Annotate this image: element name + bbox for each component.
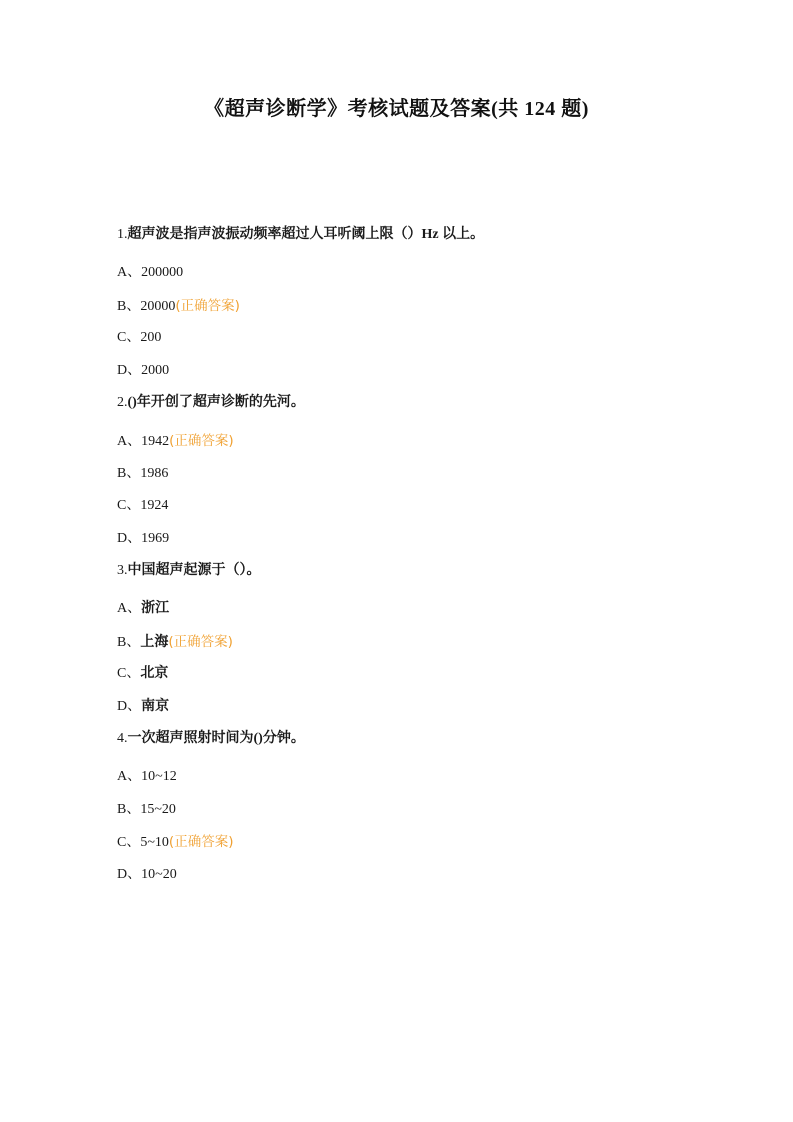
option-letter: B、 [117,802,140,817]
correct-answer-tag: (正确答案) [169,834,234,850]
option-letter: A、 [117,265,141,280]
question-number: 1. [117,227,128,242]
option-a: A、10~12 [117,767,717,787]
correct-answer-tag: (正确答案) [168,634,233,650]
option-letter: A、 [117,601,141,616]
option-b: B、1986 [117,464,717,484]
option-text: 200000 [141,265,183,280]
question-stem: 2.()年开创了超声诊断的先河。 [117,393,717,413]
option-a: A、1942(正确答案) [117,431,717,451]
option-letter: C、 [117,835,140,850]
question-text: 中国超声起源于（）。 [128,563,261,578]
correct-answer-tag: (正确答案) [175,298,240,314]
option-text: 10~20 [141,867,177,882]
option-text: 南京 [141,699,169,714]
option-letter: D、 [117,867,141,882]
option-letter: C、 [117,498,140,513]
question-stem: 1.超声波是指声波振动频率超过人耳听阈上限（）Hz 以上。 [117,225,717,245]
option-text: 浙江 [141,601,169,616]
option-letter: B、 [117,635,140,650]
question-stem: 4.一次超声照射时间为()分钟。 [117,729,717,749]
question-number: 2. [117,395,128,410]
question-stem: 3.中国超声起源于（）。 [117,561,717,581]
option-b: B、上海(正确答案) [117,632,717,652]
option-letter: D、 [117,699,141,714]
option-a: A、200000 [117,263,717,283]
question-list: 1.超声波是指声波振动频率超过人耳听阈上限（）Hz 以上。 A、200000 B… [117,225,717,897]
option-d: D、南京 [117,697,717,717]
question-text: ()年开创了超声诊断的先河。 [128,395,305,410]
option-d: D、1969 [117,529,717,549]
option-letter: C、 [117,330,140,345]
question-4: 4.一次超声照射时间为()分钟。 A、10~12 B、15~20 C、5~10(… [117,729,717,885]
option-letter: A、 [117,769,141,784]
question-number: 4. [117,731,128,746]
option-letter: D、 [117,531,141,546]
page-title: 《超声诊断学》考核试题及答案(共 124 题) [0,92,793,121]
option-text: 北京 [140,666,168,681]
option-text: 上海 [140,635,168,650]
option-text: 1942 [141,434,169,449]
option-d: D、10~20 [117,865,717,885]
option-letter: D、 [117,363,141,378]
option-letter: B、 [117,299,140,314]
option-a: A、浙江 [117,599,717,619]
question-text: 超声波是指声波振动频率超过人耳听阈上限（）Hz 以上。 [128,227,485,242]
option-text: 1924 [140,498,168,513]
correct-answer-tag: (正确答案) [169,433,234,449]
option-text: 1969 [141,531,169,546]
option-text: 20000 [140,299,175,314]
option-text: 10~12 [141,769,177,784]
option-c: C、1924 [117,496,717,516]
option-c: C、5~10(正确答案) [117,832,717,852]
option-letter: A、 [117,434,141,449]
option-letter: B、 [117,466,140,481]
question-number: 3. [117,563,128,578]
option-text: 200 [140,330,161,345]
option-c: C、200 [117,328,717,348]
option-text: 2000 [141,363,169,378]
question-1: 1.超声波是指声波振动频率超过人耳听阈上限（）Hz 以上。 A、200000 B… [117,225,717,381]
option-letter: C、 [117,666,140,681]
option-b: B、15~20 [117,800,717,820]
option-d: D、2000 [117,361,717,381]
option-text: 1986 [140,466,168,481]
question-3: 3.中国超声起源于（）。 A、浙江 B、上海(正确答案) C、北京 D、南京 [117,561,717,717]
option-c: C、北京 [117,664,717,684]
option-text: 5~10 [140,835,169,850]
option-b: B、20000(正确答案) [117,296,717,316]
question-text: 一次超声照射时间为()分钟。 [128,731,305,746]
question-2: 2.()年开创了超声诊断的先河。 A、1942(正确答案) B、1986 C、1… [117,393,717,549]
option-text: 15~20 [140,802,176,817]
